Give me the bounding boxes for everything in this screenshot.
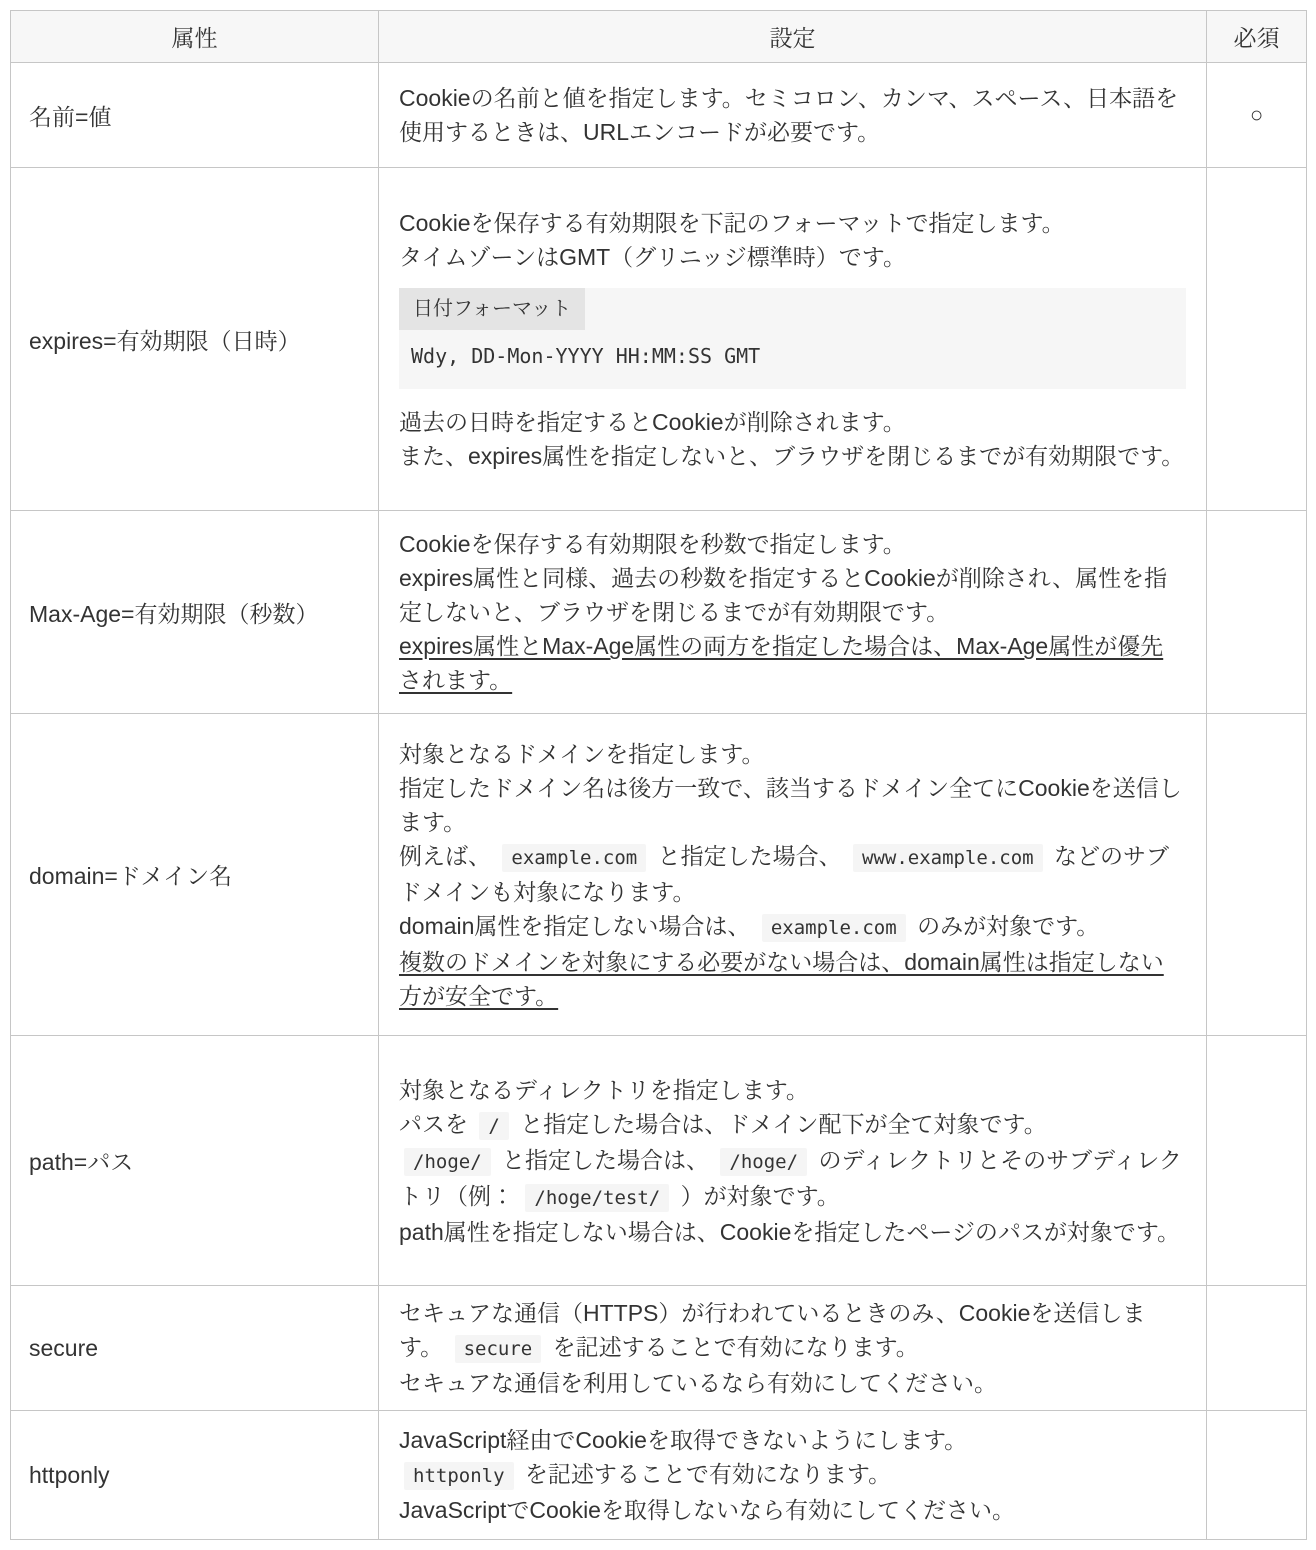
setting-text: domain属性を指定しない場合は、	[399, 913, 750, 939]
table-row-httponly: httponly JavaScript経由でCookieを取得できないようにしま…	[11, 1411, 1307, 1540]
setting-cell-httponly: JavaScript経由でCookieを取得できないようにします。 httpon…	[379, 1411, 1207, 1540]
attribute-cell-maxage: Max-Age=有効期限（秒数）	[11, 511, 379, 714]
setting-text: と指定した場合、	[658, 843, 842, 869]
setting-text: 対象となるディレクトリを指定します。	[399, 1077, 809, 1103]
setting-cell-name: Cookieの名前と値を指定します。セミコロン、カンマ、スペース、日本語を使用す…	[379, 63, 1207, 168]
setting-text: と指定した場合は、	[502, 1147, 709, 1173]
inline-code: /hoge/	[404, 1148, 491, 1176]
setting-text: path属性を指定しない場合は、Cookieを指定したページのパスが対象です。	[399, 1219, 1180, 1245]
setting-cell-maxage: Cookieを保存する有効期限を秒数で指定します。 expires属性と同様、過…	[379, 511, 1207, 714]
setting-text: のみが対象です。	[917, 913, 1099, 939]
required-cell-empty	[1207, 1411, 1307, 1540]
header-required: 必須	[1207, 11, 1307, 63]
setting-text: と指定した場合は、ドメイン配下が全て対象です。	[520, 1111, 1046, 1137]
setting-text: タイムゾーンはGMT（グリニッジ標準時）です。	[399, 244, 906, 270]
attribute-cell-secure: secure	[11, 1286, 379, 1411]
required-cell-empty	[1207, 511, 1307, 714]
attribute-cell-expires: expires=有効期限（日時）	[11, 168, 379, 511]
setting-cell-secure: セキュアな通信（HTTPS）が行われているときのみ、Cookieを送信します。 …	[379, 1286, 1207, 1411]
setting-text: ）が対象です。	[681, 1183, 840, 1209]
setting-cell-domain: 対象となるドメインを指定します。 指定したドメイン名は後方一致で、該当するドメイ…	[379, 714, 1207, 1036]
inline-code: example.com	[762, 914, 906, 942]
setting-cell-expires: Cookieを保存する有効期限を下記のフォーマットで指定します。 タイムゾーンは…	[379, 168, 1207, 511]
required-mark: ○	[1207, 63, 1307, 168]
inline-code: httponly	[404, 1462, 514, 1490]
inline-code: example.com	[502, 844, 646, 872]
table-row-name: 名前=値 Cookieの名前と値を指定します。セミコロン、カンマ、スペース、日本…	[11, 63, 1307, 168]
setting-text: 例えば、	[399, 843, 491, 869]
inline-code: /hoge/test/	[525, 1184, 669, 1212]
codeblock-code: Wdy, DD-Mon-YYYY HH:MM:SS GMT	[399, 330, 1186, 389]
date-format-codeblock: 日付フォーマット Wdy, DD-Mon-YYYY HH:MM:SS GMT	[399, 288, 1186, 389]
table-row-secure: secure セキュアな通信（HTTPS）が行われているときのみ、Cookieを…	[11, 1286, 1307, 1411]
attribute-cell-path: path=パス	[11, 1036, 379, 1286]
setting-text: Cookieを保存する有効期限を秒数で指定します。	[399, 531, 906, 557]
setting-text: JavaScriptでCookieを取得しないなら有効にしてください。	[399, 1497, 1015, 1523]
underlined-note: 複数のドメインを対象にする必要がない場合は、domain属性は指定しない方が安全…	[399, 949, 1164, 1009]
setting-text: を記述することで有効になります。	[553, 1334, 919, 1360]
setting-text: を記述することで有効になります。	[525, 1461, 891, 1487]
inline-code: secure	[455, 1335, 542, 1363]
inline-code: /	[479, 1112, 508, 1140]
table-row-domain: domain=ドメイン名 対象となるドメインを指定します。 指定したドメイン名は…	[11, 714, 1307, 1036]
setting-text: 指定したドメイン名は後方一致で、該当するドメイン全てにCookieを送信します。	[399, 775, 1182, 835]
required-cell-empty	[1207, 1286, 1307, 1411]
setting-text: JavaScript経由でCookieを取得できないようにします。	[399, 1427, 967, 1453]
header-row: 属性 設定 必須	[11, 11, 1307, 63]
setting-text: 対象となるドメインを指定します。	[399, 741, 764, 767]
setting-text: expires属性と同様、過去の秒数を指定するとCookieが削除され、属性を指…	[399, 565, 1167, 625]
setting-text: また、expires属性を指定しないと、ブラウザを閉じるまでが有効期限です。	[399, 443, 1184, 469]
page: 属性 設定 必須 名前=値 Cookieの名前と値を指定します。セミコロン、カン…	[0, 0, 1316, 1550]
table-row-path: path=パス 対象となるディレクトリを指定します。 パスを / と指定した場合…	[11, 1036, 1307, 1286]
cookie-attributes-table: 属性 設定 必須 名前=値 Cookieの名前と値を指定します。セミコロン、カン…	[10, 10, 1307, 1540]
setting-text: Cookieの名前と値を指定します。セミコロン、カンマ、スペース、日本語を使用す…	[399, 85, 1178, 145]
required-cell-empty	[1207, 1036, 1307, 1286]
setting-text: セキュアな通信を利用しているなら有効にしてください。	[399, 1370, 997, 1396]
inline-code: /hoge/	[720, 1148, 807, 1176]
required-cell-empty	[1207, 714, 1307, 1036]
setting-cell-path: 対象となるディレクトリを指定します。 パスを / と指定した場合は、ドメイン配下…	[379, 1036, 1207, 1286]
attribute-cell-name: 名前=値	[11, 63, 379, 168]
inline-code: www.example.com	[853, 844, 1043, 872]
attribute-cell-domain: domain=ドメイン名	[11, 714, 379, 1036]
header-attribute: 属性	[11, 11, 379, 63]
setting-text: Cookieを保存する有効期限を下記のフォーマットで指定します。	[399, 210, 1065, 236]
header-setting: 設定	[379, 11, 1207, 63]
setting-text: 過去の日時を指定するとCookieが削除されます。	[399, 409, 906, 435]
underlined-note: expires属性とMax-Age属性の両方を指定した場合は、Max-Age属性…	[399, 633, 1163, 693]
codeblock-label: 日付フォーマット	[399, 288, 585, 330]
table-row-expires: expires=有効期限（日時） Cookieを保存する有効期限を下記のフォーマ…	[11, 168, 1307, 511]
attribute-cell-httponly: httponly	[11, 1411, 379, 1540]
required-cell-empty	[1207, 168, 1307, 511]
setting-text: パスを	[399, 1111, 468, 1137]
table-row-maxage: Max-Age=有効期限（秒数） Cookieを保存する有効期限を秒数で指定しま…	[11, 511, 1307, 714]
